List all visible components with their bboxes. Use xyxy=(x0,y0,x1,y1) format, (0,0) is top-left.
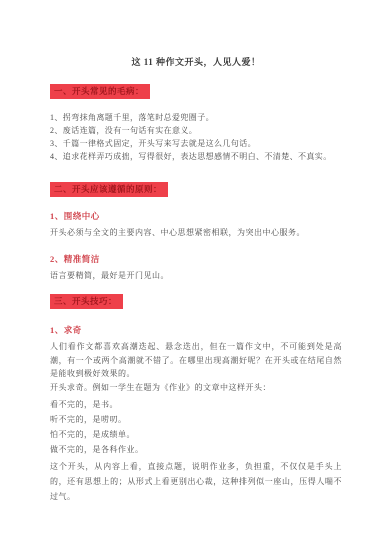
fault-list-item: 4、追求花样弄巧成拙，写得很好，表达思想感情不明白、不清楚、不真实。 xyxy=(50,150,342,163)
section-1-heading: 一、开头常见的毛病： xyxy=(50,84,150,99)
example-line: 怕不完的，是成绩单。 xyxy=(50,427,342,442)
principle-2-title: 2、精准简洁 xyxy=(50,253,342,265)
fault-list: 1、拐弯抹角离题千里，落笔时总爱兜圈子。 2、废话连篇，没有一句话有实在意义。 … xyxy=(50,111,342,163)
analysis-paragraph: 这个开头，从内容上看，直接点题，说明作业多，负担重，不仅仅是手头上的，还有思想上… xyxy=(50,459,342,504)
technique-paragraph-1: 人们看作文都喜欢高潮迭起、悬念迭出，但在一篇作文中，不可能到处是高潮，有一个或两… xyxy=(50,340,342,381)
principle-1-body: 开头必须与全文的主要内容、中心思想紧密相联，为突出中心服务。 xyxy=(50,226,342,240)
technique-paragraph-2: 开头求奇。例如一学生在题为《作业》的文章中这样开头： xyxy=(50,381,342,395)
section-3-heading: 三、开头技巧： xyxy=(50,294,123,309)
section-2-heading: 二、开头应该遵循的原则： xyxy=(50,182,168,197)
principle-2-body: 语言要精简，最好是开门见山。 xyxy=(50,269,342,283)
page-title: 这 11 种作文开头，人见人爱！ xyxy=(50,55,342,68)
fault-list-item: 2、废话连篇，没有一句话有实在意义。 xyxy=(50,124,342,137)
example-line: 看不完的，是书。 xyxy=(50,397,342,412)
fault-list-item: 3、千篇一律格式固定，开头写来写去就是这么几句话。 xyxy=(50,137,342,150)
technique-1-title: 1、求奇 xyxy=(50,324,342,336)
example-line: 做不完的，是各科作业。 xyxy=(50,442,342,457)
example-line: 听不完的，是唠叨。 xyxy=(50,412,342,427)
example-quote-block: 看不完的，是书。 听不完的，是唠叨。 怕不完的，是成绩单。 做不完的，是各科作业… xyxy=(50,397,342,457)
fault-list-item: 1、拐弯抹角离题千里，落笔时总爱兜圈子。 xyxy=(50,111,342,124)
document-content: 这 11 种作文开头，人见人爱！ 一、开头常见的毛病： 1、拐弯抹角离题千里，落… xyxy=(0,0,382,504)
document-page: 这 11 种作文开头，人见人爱！ 一、开头常见的毛病： 1、拐弯抹角离题千里，落… xyxy=(0,0,382,540)
principle-1-title: 1、围绕中心 xyxy=(50,210,342,222)
